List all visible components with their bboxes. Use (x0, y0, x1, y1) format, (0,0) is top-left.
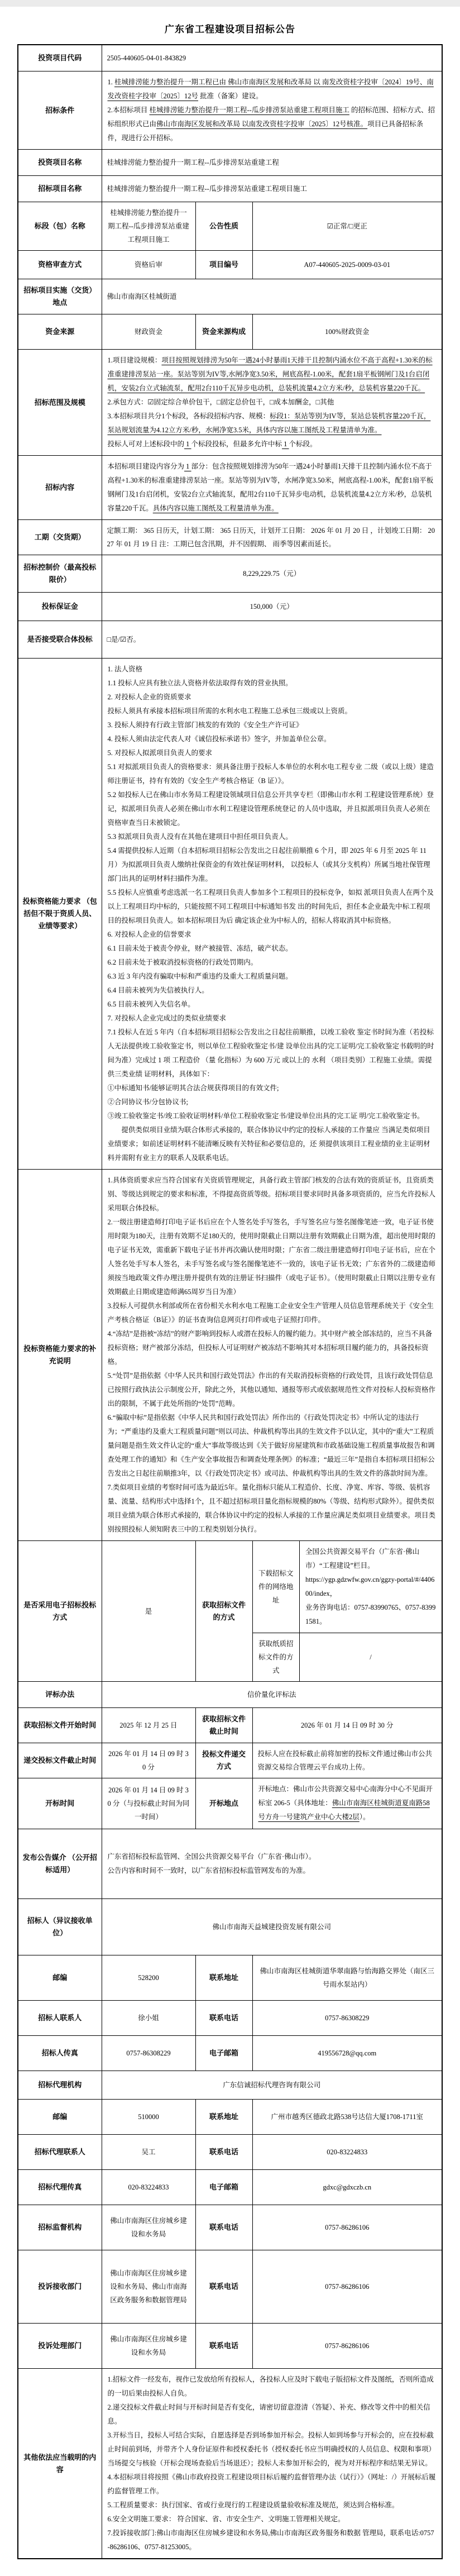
table-row-agency-contact: 招标代理联系人 吴工 联系电话 020-83224833 (18, 2135, 442, 2170)
table-row-scope: 招标范围及规模 1.项目建设规模：项目按照规划排涝为50年一遇24小时暴雨1天排… (18, 350, 442, 456)
evaluation-value: 信价量化评标法 (102, 1682, 442, 1708)
table-row-consortium: 是否接受联合体投标 □是/☑否。 (18, 621, 442, 659)
submit-method-label: 投标文件递交方式 (195, 1743, 252, 1778)
table-row-qualification-review: 资格审查方式 资格后审 项目编号 A07-440605-2025-0009-03… (18, 251, 442, 279)
funding-value: 财政资金 (102, 314, 195, 350)
tender-project-name-label: 招标项目名称 (18, 176, 102, 202)
tenderer-postcode-label: 邮编 (18, 1955, 102, 2001)
scope-label: 招标范围及规模 (18, 350, 102, 456)
agency-label: 招标代理机构 (18, 2071, 102, 2100)
table-row-e-bidding: 是否采用电子招标投标方式 是 获取招标文件的方式 下载招标文件的网络地址 全国公… (18, 1541, 442, 1682)
doc-start-time-label: 获取招标文件开始时间 (18, 1708, 102, 1743)
paper-doc-label: 获取纸质招标文件的方式 (253, 1633, 300, 1682)
submit-deadline-value: 2026 年 01 月 14 日 09 时 30 分 (102, 1743, 195, 1778)
agency-contact-label: 招标代理联系人 (18, 2135, 102, 2170)
table-row-tenderer-postcode: 邮编 528200 联系地址 佛山市南海区桂城街道华翠南路与怡海路交界处（南区三… (18, 1955, 442, 2001)
duration-value: 定额工期： 365 日历天，计划工期： 365 日历天，计划开工日期： 2026… (102, 520, 442, 555)
evaluation-label: 评标办法 (18, 1682, 102, 1708)
agency-postcode-label: 邮编 (18, 2100, 102, 2135)
agency-fax-label: 招标代理传真 (18, 2170, 102, 2205)
table-row-tenderer-contact: 招标人联系人 徐小姐 联系电话 0757-86308229 (18, 2001, 442, 2036)
agency-contact-value: 吴工 (102, 2135, 195, 2170)
complaint-handle-phone-label: 联系电话 (195, 2324, 252, 2369)
download-url-content: 全国公共资源交易平台（广东省·佛山市）“工程建设”栏目。https://ygp.… (300, 1541, 442, 1633)
tenderer-postcode-value: 528200 (102, 1955, 195, 2001)
table-row-agency: 招标代理机构 广东信诚招标代理咨询有限公司 (18, 2071, 442, 2100)
supervisor-label: 招标监督机构 (18, 2205, 102, 2250)
complaint-receive-value: 佛山市南海区住房城乡建设和水务局、佛山市南海区政务服务和数据管理局 (102, 2250, 195, 2324)
agency-phone-value: 020-83224833 (252, 2135, 442, 2170)
tenderer-phone-value: 0757-86308229 (252, 2001, 442, 2036)
submit-method-value: 投标人应在投标截止前将加密的投标文件通过佛山市公共资源交易综合管理云平台成功上传… (252, 1743, 442, 1778)
project-number-label: 项目编号 (195, 251, 252, 279)
table-row-agency-postcode: 邮编 510000 联系地址 广州市越秀区德政北路538号达信大厦1708-17… (18, 2100, 442, 2135)
complaint-handle-value: 佛山市南海区住房城乡建设和水务局 (102, 2324, 195, 2369)
tenderer-address-label: 联系地址 (195, 1955, 252, 2001)
notice-nature-value: ☑正常/□更正 (252, 202, 442, 251)
submit-deadline-label: 递交投标文件截止时间 (18, 1743, 102, 1778)
agency-address-value: 广州市越秀区德政北路538号达信大厦1708-1711室 (252, 2100, 442, 2135)
table-row-complaint-receive: 投诉接收部门 佛山市南海区住房城乡建设和水务局、佛山市南海区政务服务和数据管理局… (18, 2250, 442, 2324)
tender-conditions-content: 1. 桂城排涝能力整治提升一期工程已由 佛山市南海区发展和改革局 以 南发改资桂… (102, 71, 442, 150)
table-row-qualification-req: 投标资格能力要求 （包括但不限于资质人员、业绩等要求） 1. 法人资格1.1 投… (18, 659, 442, 1170)
tenderer-label: 招标人（异议接收单位） (18, 1899, 102, 1955)
funding-label: 资金来源 (18, 314, 102, 350)
tenderer-contact-label: 招标人联系人 (18, 2001, 102, 2036)
opening-place-label: 开标地点 (195, 1778, 252, 1829)
tenderer-email-label: 电子邮箱 (195, 2036, 252, 2071)
doc-deadline-label: 获取招标文件截止时间 (195, 1708, 252, 1743)
table-row-tender-conditions: 招标条件 1. 桂城排涝能力整治提升一期工程已由 佛山市南海区发展和改革局 以 … (18, 71, 442, 150)
opening-place-value: 开标地点：佛山市公共资源交易中心南海分中心不见面开标室 206-5（具体地址：佛… (252, 1778, 442, 1829)
paper-doc-value: / (300, 1633, 442, 1682)
qualification-review-value: 资格后审 (102, 251, 195, 279)
table-row-tenderer: 招标人（异议接收单位） 佛山市南海天益城建投资发展有限公司 (18, 1899, 442, 1955)
consortium-label: 是否接受联合体投标 (18, 621, 102, 659)
location-label: 招标项目实施（交货）地点 (18, 279, 102, 314)
supervisor-value: 佛山市南海区住房城乡建设和水务局 (102, 2205, 195, 2250)
consortium-value: □是/☑否。 (102, 621, 442, 659)
doc-start-time-value: 2025 年 12 月 25 日 (102, 1708, 195, 1743)
doc-acquisition-inner-table: 下载招标文件的网络地址 全国公共资源交易平台（广东省·佛山市）“工程建设”栏目。… (253, 1541, 442, 1681)
qualification-notes-content: 1.具体资质要求应当符合国家有关资质管理规定，具备行政主管部门核发的合法有效的资… (102, 1170, 442, 1541)
table-row-other: 其他依法应当载明的内容 1.招标文件一经发布，视作已发放给所有投标人，各投标人应… (18, 2369, 442, 2559)
project-code-label: 投资项目代码 (18, 45, 102, 71)
section-name-label: 标段（包）名称 (18, 202, 102, 251)
download-url-label: 下载招标文件的网络地址 (253, 1541, 300, 1633)
qualification-req-content: 1. 法人资格1.1 投标人应具有独立法人资格并依法取得有效的营业执照。2. 对… (102, 659, 442, 1170)
e-bidding-label: 是否采用电子招标投标方式 (18, 1541, 102, 1682)
tenderer-email-value: 419556728@qq.com (252, 2036, 442, 2071)
table-row-project-code: 投资项目代码 2505-440605-04-01-843829 (18, 45, 442, 71)
table-row-section-name: 标段（包）名称 桂城排涝能力整治提升一期工程--瓜步排涝泵站重建工程项目施工 公… (18, 202, 442, 251)
control-price-value: 8,229,229.75（元） (102, 555, 442, 593)
supervisor-phone-label: 联系电话 (195, 2205, 252, 2250)
e-bidding-value: 是 (102, 1541, 195, 1682)
funding-composition-value: 100%财政资金 (252, 314, 442, 350)
tenderer-contact-value: 徐小姐 (102, 2001, 195, 2036)
announcement-page: 广东省工程建设项目招标公告 投资项目代码 2505-440605-04-01-8… (0, 21, 460, 2559)
tenderer-address-value: 佛山市南海区桂城街道华翠南路与怡海路交界处（南区三号雨水泵站内） (252, 1955, 442, 2001)
table-row-tender-project-name: 招标项目名称 桂城排涝能力整治提升一期工程--瓜步排涝泵站重建工程项目施工 (18, 176, 442, 202)
table-row-complaint-handle: 投诉处理部门 佛山市南海区住房城乡建设和水务局 联系电话 0757-862861… (18, 2324, 442, 2369)
table-row-qualification-notes: 投标资格能力要求的补充说明 1.具体资质要求应当符合国家有关资质管理规定，具备行… (18, 1170, 442, 1541)
complaint-receive-phone-label: 联系电话 (195, 2250, 252, 2324)
table-row-opening: 开标时间 2026 年 01 月 14 日 09 时 30 分（与投标截止时间为… (18, 1778, 442, 1829)
tenderer-fax-value: 0757-86308229 (102, 2036, 195, 2071)
qualification-notes-label: 投标资格能力要求的补充说明 (18, 1170, 102, 1541)
complaint-handle-label: 投诉处理部门 (18, 2324, 102, 2369)
page-title: 广东省工程建设项目招标公告 (0, 21, 460, 35)
supervisor-phone-value: 0757-86286106 (252, 2205, 442, 2250)
doc-acquisition-label: 获取招标文件的方式 (195, 1541, 252, 1682)
tender-content-value: 本招标项目建设内容分为 1 部分：包含按照规划排涝为50年一遇24小时暴雨1天排… (102, 456, 442, 520)
agency-fax-value: 020-83224833 (102, 2170, 195, 2205)
table-row-submit-deadline: 递交投标文件截止时间 2026 年 01 月 14 日 09 时 30 分 投标… (18, 1743, 442, 1778)
table-row-control-price: 招标控制价（最高投标限价） 8,229,229.75（元） (18, 555, 442, 593)
doc-deadline-value: 2026 年 01 月 14 日 09 时 30 分 (252, 1708, 442, 1743)
control-price-label: 招标控制价（最高投标限价） (18, 555, 102, 593)
section-name-value: 桂城排涝能力整治提升一期工程--瓜步排涝泵站重建工程项目施工 (102, 202, 195, 251)
invest-project-name-label: 投资项目名称 (18, 150, 102, 176)
agency-email-label: 电子邮箱 (195, 2170, 252, 2205)
table-row-supervisor: 招标监督机构 佛山市南海区住房城乡建设和水务局 联系电话 0757-862861… (18, 2205, 442, 2250)
tender-project-name-value: 桂城排涝能力整治提升一期工程--瓜步排涝泵站重建工程项目施工 (102, 176, 442, 202)
invest-project-name-value: 桂城排涝能力整治提升一期工程--瓜步排涝泵站重建工程 (102, 150, 442, 176)
table-row-tender-content: 招标内容 本招标项目建设内容分为 1 部分：包含按照规划排涝为50年一遇24小时… (18, 456, 442, 520)
other-label: 其他依法应当载明的内容 (18, 2369, 102, 2559)
table-row-doc-time: 获取招标文件开始时间 2025 年 12 月 25 日 获取招标文件截止时间 2… (18, 1708, 442, 1743)
scope-content: 1.项目建设规模：项目按照规划排涝为50年一遇24小时暴雨1天排干且控制内涌水位… (102, 350, 442, 456)
table-row-evaluation: 评标办法 信价量化评标法 (18, 1682, 442, 1708)
agency-email-value: gdxc@gdxczb.cn (252, 2170, 442, 2205)
opening-time-label: 开标时间 (18, 1778, 102, 1829)
bid-bond-value: 150,000（元） (102, 593, 442, 621)
project-number-value: A07-440605-2025-0009-03-01 (252, 251, 442, 279)
agency-postcode-value: 510000 (102, 2100, 195, 2135)
complaint-receive-phone-value: 0757-86286106 (252, 2250, 442, 2324)
media-label: 发布公告媒介 （公开招标适用） (18, 1829, 102, 1899)
funding-composition-label: 资金来源构成 (195, 314, 252, 350)
media-content: 广东省招标投标监管网、全国公共资源交易平台（广东省·佛山市）。公告内容和时间不一… (102, 1829, 442, 1899)
qualification-review-label: 资格审查方式 (18, 251, 102, 279)
project-code-value: 2505-440605-04-01-843829 (102, 45, 442, 71)
table-row-download-url: 下载招标文件的网络地址 全国公共资源交易平台（广东省·佛山市）“工程建设”栏目。… (253, 1541, 442, 1633)
announcement-table: 投资项目代码 2505-440605-04-01-843829 招标条件 1. … (17, 44, 443, 2559)
notice-nature-label: 公告性质 (195, 202, 252, 251)
complaint-handle-phone-value: 0757-86286106 (252, 2324, 442, 2369)
table-row-invest-project-name: 投资项目名称 桂城排涝能力整治提升一期工程--瓜步排涝泵站重建工程 (18, 150, 442, 176)
table-row-bid-bond: 投标保证金 150,000（元） (18, 593, 442, 621)
table-row-paper-doc: 获取纸质招标文件的方式 / (253, 1633, 442, 1682)
tenderer-fax-label: 招标人传真 (18, 2036, 102, 2071)
table-row-location: 招标项目实施（交货）地点 佛山市南海区桂城街道 (18, 279, 442, 314)
table-row-agency-fax: 招标代理传真 020-83224833 电子邮箱 gdxc@gdxczb.cn (18, 2170, 442, 2205)
doc-acquisition-cell: 下载招标文件的网络地址 全国公共资源交易平台（广东省·佛山市）“工程建设”栏目。… (252, 1541, 442, 1682)
tender-conditions-label: 招标条件 (18, 71, 102, 150)
tenderer-phone-label: 联系电话 (195, 2001, 252, 2036)
other-content: 1.招标文件一经发布，视作已发放给所有投标人，各投标人应及时下载电子版招标文件及… (102, 2369, 442, 2559)
tenderer-value: 佛山市南海天益城建投资发展有限公司 (102, 1899, 442, 1955)
table-row-tenderer-fax: 招标人传真 0757-86308229 电子邮箱 419556728@qq.co… (18, 2036, 442, 2071)
agency-phone-label: 联系电话 (195, 2135, 252, 2170)
tender-content-label: 招标内容 (18, 456, 102, 520)
top-gray-strip (0, 0, 460, 7)
qualification-req-label: 投标资格能力要求 （包括但不限于资质人员、业绩等要求） (18, 659, 102, 1170)
agency-value: 广东信诚招标代理咨询有限公司 (102, 2071, 442, 2100)
opening-time-value: 2026 年 01 月 14 日 09 时 30 分（与投标截止时间为同一时间） (102, 1778, 195, 1829)
complaint-receive-label: 投诉接收部门 (18, 2250, 102, 2324)
table-row-duration: 工期（交货期） 定额工期： 365 日历天，计划工期： 365 日历天，计划开工… (18, 520, 442, 555)
table-row-funding: 资金来源 财政资金 资金来源构成 100%财政资金 (18, 314, 442, 350)
table-row-media: 发布公告媒介 （公开招标适用） 广东省招标投标监管网、全国公共资源交易平台（广东… (18, 1829, 442, 1899)
agency-address-label: 联系地址 (195, 2100, 252, 2135)
location-value: 佛山市南海区桂城街道 (102, 279, 442, 314)
duration-label: 工期（交货期） (18, 520, 102, 555)
bid-bond-label: 投标保证金 (18, 593, 102, 621)
